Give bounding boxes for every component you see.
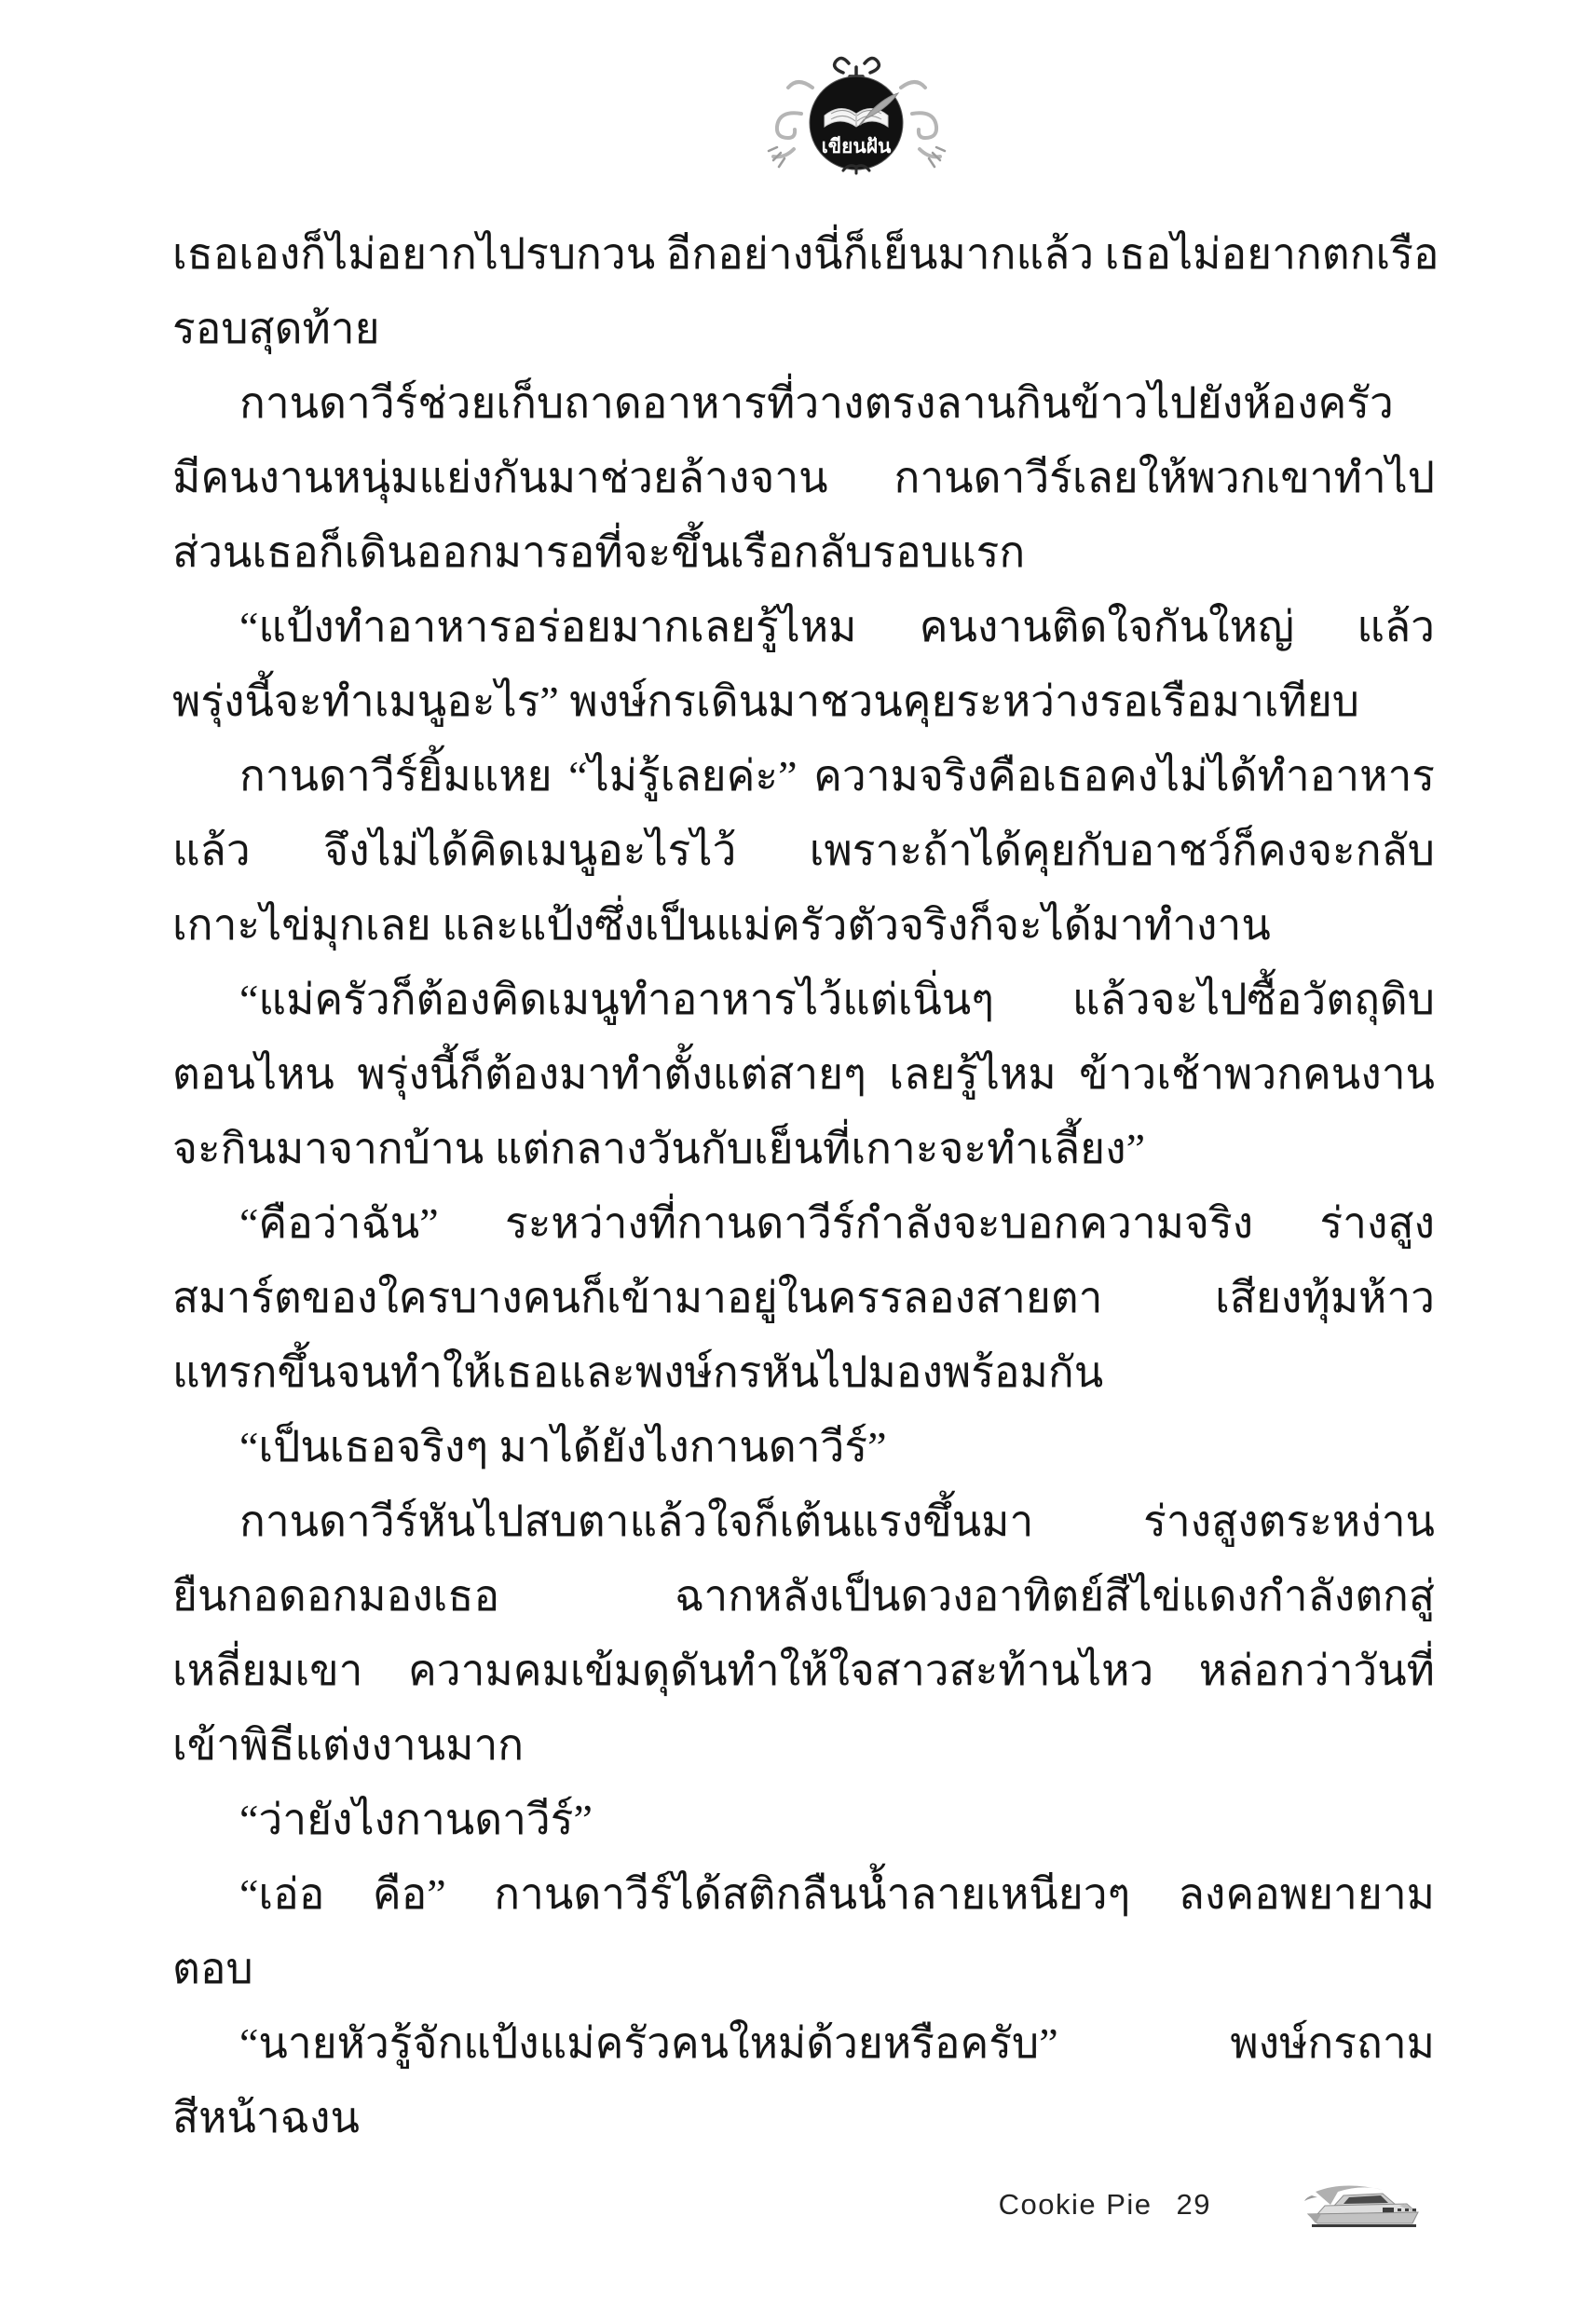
text-line: ตอบ (172, 1932, 1435, 2006)
text-line: มีคนงานหนุ่มแย่งกันมาช่วยล้างจาน กานดาวี… (172, 441, 1435, 515)
text-line: เกาะไข่มุกเลย และแป้งซึ่งเป็นแม่ครัวตัวจ… (172, 888, 1435, 963)
publisher-wordmark: เขียนฝัน (822, 135, 892, 157)
book-page: เขียนฝัน เธอเองก็ไม่อยากไปรบกวน อีกอย่าง… (0, 0, 1596, 2311)
publisher-logo: เขียนฝัน (766, 48, 948, 177)
text-line: ส่วนเธอก็เดินออกมารอที่จะขึ้นเรือกลับรอบ… (172, 515, 1435, 590)
running-footer: Cookie Pie29 (999, 2188, 1211, 2222)
text-line: “นายหัวรู้จักแป้งแม่ครัวคนใหม่ด้วยหรือคร… (172, 2006, 1435, 2081)
text-line: กานดาวีร์ยิ้มแหย “ไม่รู้เลยค่ะ” ความจริง… (172, 739, 1435, 814)
text-line: เข้าพิธีแต่งงานมาก (172, 1708, 1435, 1783)
page-footer: Cookie Pie29 (172, 2179, 1435, 2235)
text-line: เธอเองก็ไม่อยากไปรบกวน อีกอย่างนี่ก็เย็น… (172, 217, 1435, 292)
page-number: 29 (1177, 2188, 1211, 2221)
text-line: “แม่ครัวก็ต้องคิดเมนูทำอาหารไว้แต่เนิ่นๆ… (172, 963, 1435, 1037)
text-line: ตอนไหน พรุ่งนี้ก็ต้องมาทำตั้งแต่สายๆ เลย… (172, 1037, 1435, 1112)
text-line: จะกินมาจากบ้าน แต่กลางวันกับเย็นที่เกาะจ… (172, 1112, 1435, 1186)
text-line: แทรกขึ้นจนทำให้เธอและพงษ์กรหันไปมองพร้อม… (172, 1335, 1435, 1410)
text-line: กานดาวีร์ช่วยเก็บถาดอาหารที่วางตรงลานกิน… (172, 366, 1435, 441)
publisher-emblem-icon: เขียนฝัน (766, 48, 948, 177)
text-line: “แป้งทำอาหารอร่อยมากเลยรู้ไหม คนงานติดใจ… (172, 590, 1435, 664)
text-line: กานดาวีร์หันไปสบตาแล้วใจก็เต้นแรงขึ้นมา … (172, 1484, 1435, 1559)
text-line: แล้ว จึงไม่ได้คิดเมนูอะไรไว้ เพราะถ้าได้… (172, 814, 1435, 888)
text-line: รอบสุดท้าย (172, 292, 1435, 366)
text-line: “เป็นเธอจริงๆ มาได้ยังไงกานดาวีร์” (172, 1410, 1435, 1484)
text-line: เหลี่ยมเขา ความคมเข้มดุดันทำให้ใจสาวสะท้… (172, 1634, 1435, 1708)
text-line: ยืนกอดอกมองเธอ ฉากหลังเป็นดวงอาทิตย์สีไข… (172, 1559, 1435, 1634)
text-line: สมาร์ตของใครบางคนก็เข้ามาอยู่ในครรลองสาย… (172, 1261, 1435, 1335)
body-text: เธอเองก็ไม่อยากไปรบกวน อีกอย่างนี่ก็เย็น… (172, 217, 1435, 2155)
text-line: พรุ่งนี้จะทำเมนูอะไร” พงษ์กรเดินมาชวนคุย… (172, 664, 1435, 739)
yacht-icon (1303, 2181, 1422, 2229)
text-line: “ว่ายังไงกานดาวีร์” (172, 1783, 1435, 1857)
book-title: Cookie Pie (999, 2188, 1153, 2221)
text-line: สีหน้าฉงน (172, 2081, 1435, 2155)
text-line: “เอ่อ คือ” กานดาวีร์ได้สติกลืนน้ำลายเหนี… (172, 1857, 1435, 1932)
text-line: “คือว่าฉัน” ระหว่างที่กานดาวีร์กำลังจะบอ… (172, 1186, 1435, 1261)
